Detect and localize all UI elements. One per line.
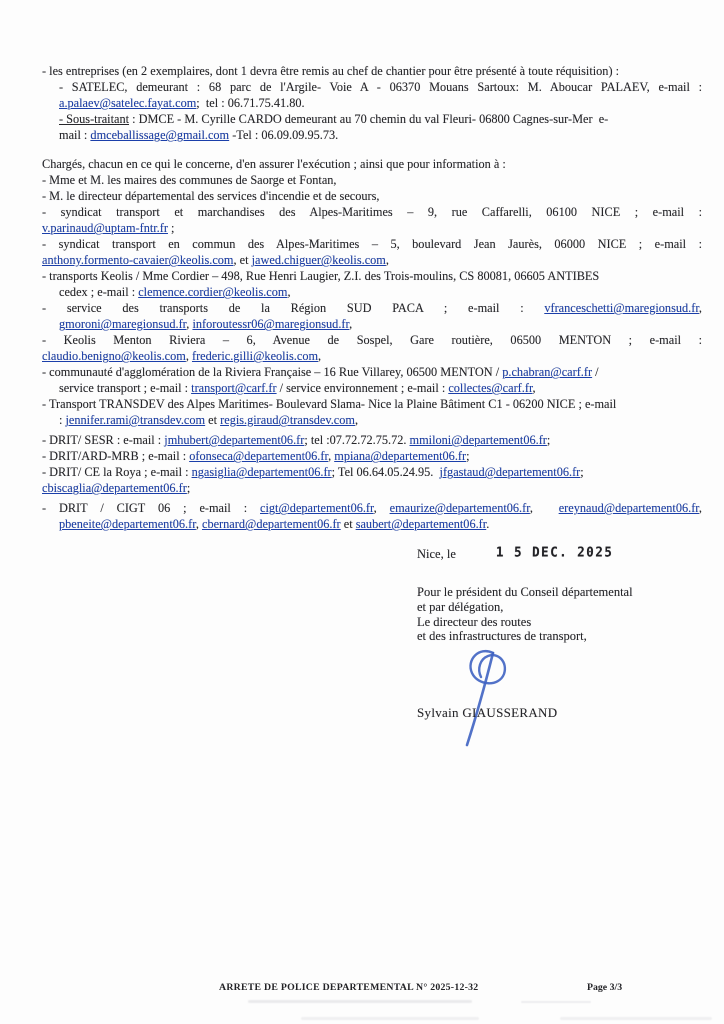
text-segment: cedex ; e-mail : — [59, 285, 138, 299]
email-link[interactable]: transport@carf.fr — [191, 381, 276, 395]
text-segment: - M. le directeur départemental des serv… — [42, 189, 380, 203]
document-line: - syndicat transport et marchandises des… — [42, 204, 702, 220]
text-segment: - Mme et M. les maires des communes de S… — [42, 173, 337, 187]
email-link[interactable]: jfgastaud@departement06.fr — [440, 465, 581, 479]
text-segment: - SATELEC, demeurant : 68 parc de l'Argi… — [59, 80, 702, 94]
document-line: claudio.benigno@keolis.com, frederic.gil… — [42, 348, 702, 364]
text-segment: , — [349, 317, 352, 331]
text-segment: - les entreprises (en 2 exemplaires, don… — [42, 64, 619, 78]
email-link[interactable]: regis.giraud@transdev.com — [220, 413, 355, 427]
email-link[interactable]: clemence.cordier@keolis.com — [138, 285, 287, 299]
document-line: gmoroni@maregionsud.fr, inforoutessr06@m… — [59, 316, 702, 332]
text-segment: - syndicat transport et marchandises des… — [42, 205, 702, 219]
text-segment: ; Tel 06.64.05.24.95. — [332, 465, 440, 479]
text-segment: service transport ; e-mail : — [59, 381, 191, 395]
email-link[interactable]: gmoroni@maregionsud.fr — [59, 317, 186, 331]
email-link[interactable]: jennifer.rami@transdev.com — [66, 413, 206, 427]
text-segment: ; tel :07.72.72.75.72. — [304, 433, 409, 447]
document-line: - communauté d'agglomération de la Rivie… — [42, 364, 702, 380]
text-segment: et — [205, 413, 220, 427]
text-segment: ; — [580, 465, 583, 479]
scan-artifact — [560, 1017, 712, 1020]
text-segment: - Keolis Menton Riviera – 6, Avenue de S… — [42, 333, 702, 347]
text-segment: , — [699, 501, 702, 515]
delegation-line: Pour le président du Conseil département… — [417, 585, 633, 600]
text-segment: - Transport TRANSDEV des Alpes Maritimes… — [42, 397, 616, 411]
document-page: { "colors": { "ink": "#26262a", "link": … — [0, 0, 724, 1024]
footer-document-reference: ARRETE DE POLICE DEPARTEMENTAL N° 2025-1… — [219, 982, 478, 993]
document-line: a.palaev@satelec.fayat.com; tel : 06.71.… — [59, 95, 702, 111]
text-segment: ; — [168, 221, 175, 235]
text-segment: - DRIT/ARD-MRB ; e-mail : — [42, 449, 189, 463]
text-segment: mail : — [59, 128, 90, 142]
email-link[interactable]: mmiloni@departement06.fr — [410, 433, 547, 447]
delegation-line: et des infrastructures de transport, — [417, 629, 633, 644]
text-segment: , — [533, 381, 536, 395]
email-link[interactable]: frederic.gilli@keolis.com — [192, 349, 318, 363]
email-link[interactable]: mpiana@departement06.fr — [334, 449, 466, 463]
email-link[interactable]: jawed.chiguer@keolis.com — [252, 253, 386, 267]
email-link[interactable]: cigt@departement06.fr — [260, 501, 374, 515]
email-link[interactable]: anthony.formento-cavaier@keolis.com — [42, 253, 234, 267]
document-line: - DRIT/ CE la Roya ; e-mail : ngasiglia@… — [42, 464, 702, 480]
email-link[interactable]: cbernard@departement06.fr — [202, 517, 341, 531]
document-line: pbeneite@departement06.fr, cbernard@depa… — [59, 516, 702, 532]
email-link[interactable]: dmceballissage@gmail.com — [90, 128, 229, 142]
email-link[interactable]: saubert@departement06.fr — [356, 517, 487, 531]
document-line: - Transport TRANSDEV des Alpes Maritimes… — [42, 396, 702, 412]
document-line: - syndicat transport en commun des Alpes… — [42, 236, 702, 252]
document-line: : jennifer.rami@transdev.com et regis.gi… — [59, 412, 702, 428]
document-line: cedex ; e-mail : clemence.cordier@keolis… — [59, 284, 702, 300]
scan-artifact — [301, 1017, 479, 1020]
text-segment: , — [318, 349, 321, 363]
delegation-block: Pour le président du Conseil département… — [417, 585, 633, 644]
text-segment: - syndicat transport en commun des Alpes… — [42, 237, 702, 251]
document-line: - M. le directeur départemental des serv… — [42, 188, 702, 204]
text-segment: ; tel : 06.71.75.41.80. — [196, 96, 304, 110]
text-segment: , — [386, 253, 389, 267]
text-segment: - DRIT / CIGT 06 ; e-mail : — [42, 501, 260, 515]
scan-artifact — [521, 1001, 591, 1003]
scan-artifact — [248, 1000, 472, 1003]
text-segment: ; — [187, 481, 190, 495]
text-segment: - communauté d'agglomération de la Rivie… — [42, 365, 502, 379]
text-segment: , — [530, 501, 559, 515]
email-link[interactable]: v.parinaud@uptam-fntr.fr — [42, 221, 168, 235]
document-line: - SATELEC, demeurant : 68 parc de l'Argi… — [59, 79, 702, 95]
signer-name: Sylvain GIAUSSERAND — [417, 705, 557, 721]
signature-scribble — [447, 645, 513, 747]
document-line: anthony.formento-cavaier@keolis.com, et … — [42, 252, 702, 268]
text-segment: Chargés, chacun en ce qui le concerne, d… — [42, 157, 506, 171]
footer-page-number: Page 3/3 — [587, 982, 622, 993]
email-link[interactable]: cbiscaglia@departement06.fr — [42, 481, 187, 495]
document-line: - service des transports de la Région SU… — [42, 300, 702, 316]
email-link[interactable]: ngasiglia@departement06.fr — [192, 465, 332, 479]
closing-block: Nice, le 1 5 DEC. 2025 Pour le président… — [417, 546, 633, 644]
email-link[interactable]: jmhubert@departement06.fr — [164, 433, 304, 447]
text-segment: - DRIT/ SESR : e-mail : — [42, 433, 164, 447]
delegation-line: et par délégation, — [417, 600, 633, 615]
document-line: - Sous-traitant : DMCE - M. Cyrille CARD… — [59, 111, 702, 127]
text-segment: ; — [466, 449, 469, 463]
document-line: Chargés, chacun en ce qui le concerne, d… — [42, 156, 702, 172]
email-link[interactable]: ofonseca@departement06.fr — [189, 449, 328, 463]
text-segment: . — [486, 517, 489, 531]
text-segment: , — [699, 301, 702, 315]
text-segment: : DMCE - M. Cyrille CARDO demeurant au 7… — [129, 112, 608, 126]
email-link[interactable]: emaurize@departement06.fr — [390, 501, 530, 515]
email-link[interactable]: a.palaev@satelec.fayat.com — [59, 96, 196, 110]
text-segment: ; — [547, 433, 550, 447]
document-line: v.parinaud@uptam-fntr.fr ; — [42, 220, 702, 236]
text-segment: / service environnement ; e-mail : — [277, 381, 449, 395]
email-link[interactable]: claudio.benigno@keolis.com — [42, 349, 186, 363]
document-body: - les entreprises (en 2 exemplaires, don… — [42, 63, 702, 532]
document-line: service transport ; e-mail : transport@c… — [59, 380, 702, 396]
document-line: - les entreprises (en 2 exemplaires, don… — [42, 63, 702, 79]
text-segment: - DRIT/ CE la Roya ; e-mail : — [42, 465, 192, 479]
underlined-text: - Sous-traitant — [59, 112, 129, 126]
text-segment: , — [355, 413, 358, 427]
text-segment: -Tel : 06.09.09.95.73. — [229, 128, 338, 142]
email-link[interactable]: collectes@carf.fr — [448, 381, 532, 395]
document-line: - Mme et M. les maires des communes de S… — [42, 172, 702, 188]
text-segment: - transports Keolis / Mme Cordier – 498,… — [42, 269, 599, 283]
date-row: Nice, le 1 5 DEC. 2025 — [417, 546, 633, 562]
email-link[interactable]: pbeneite@departement06.fr — [59, 517, 196, 531]
document-line: - transports Keolis / Mme Cordier – 498,… — [42, 268, 702, 284]
place-date-label: Nice, le — [417, 547, 456, 562]
document-line: mail : dmceballissage@gmail.com -Tel : 0… — [59, 127, 702, 143]
text-segment: , et — [234, 253, 252, 267]
email-link[interactable]: vfranceschetti@maregionsud.fr — [544, 301, 699, 315]
email-link[interactable]: inforoutessr06@maregionsud.fr — [192, 317, 349, 331]
text-segment: , — [287, 285, 290, 299]
email-link[interactable]: ereynaud@departement06.fr — [559, 501, 699, 515]
document-line: - Keolis Menton Riviera – 6, Avenue de S… — [42, 332, 702, 348]
date-stamp: 1 5 DEC. 2025 — [496, 543, 614, 559]
email-link[interactable]: p.chabran@carf.fr — [502, 365, 592, 379]
document-line: - DRIT/ARD-MRB ; e-mail : ofonseca@depar… — [42, 448, 702, 464]
delegation-line: Le directeur des routes — [417, 615, 633, 630]
document-line: - DRIT/ SESR : e-mail : jmhubert@departe… — [42, 432, 702, 448]
text-segment: et — [341, 517, 356, 531]
text-segment: - service des transports de la Région SU… — [42, 301, 544, 315]
text-segment: , — [374, 501, 390, 515]
text-segment: / — [592, 365, 599, 379]
document-line: - DRIT / CIGT 06 ; e-mail : cigt@departe… — [42, 500, 702, 516]
document-line: cbiscaglia@departement06.fr; — [42, 480, 702, 496]
